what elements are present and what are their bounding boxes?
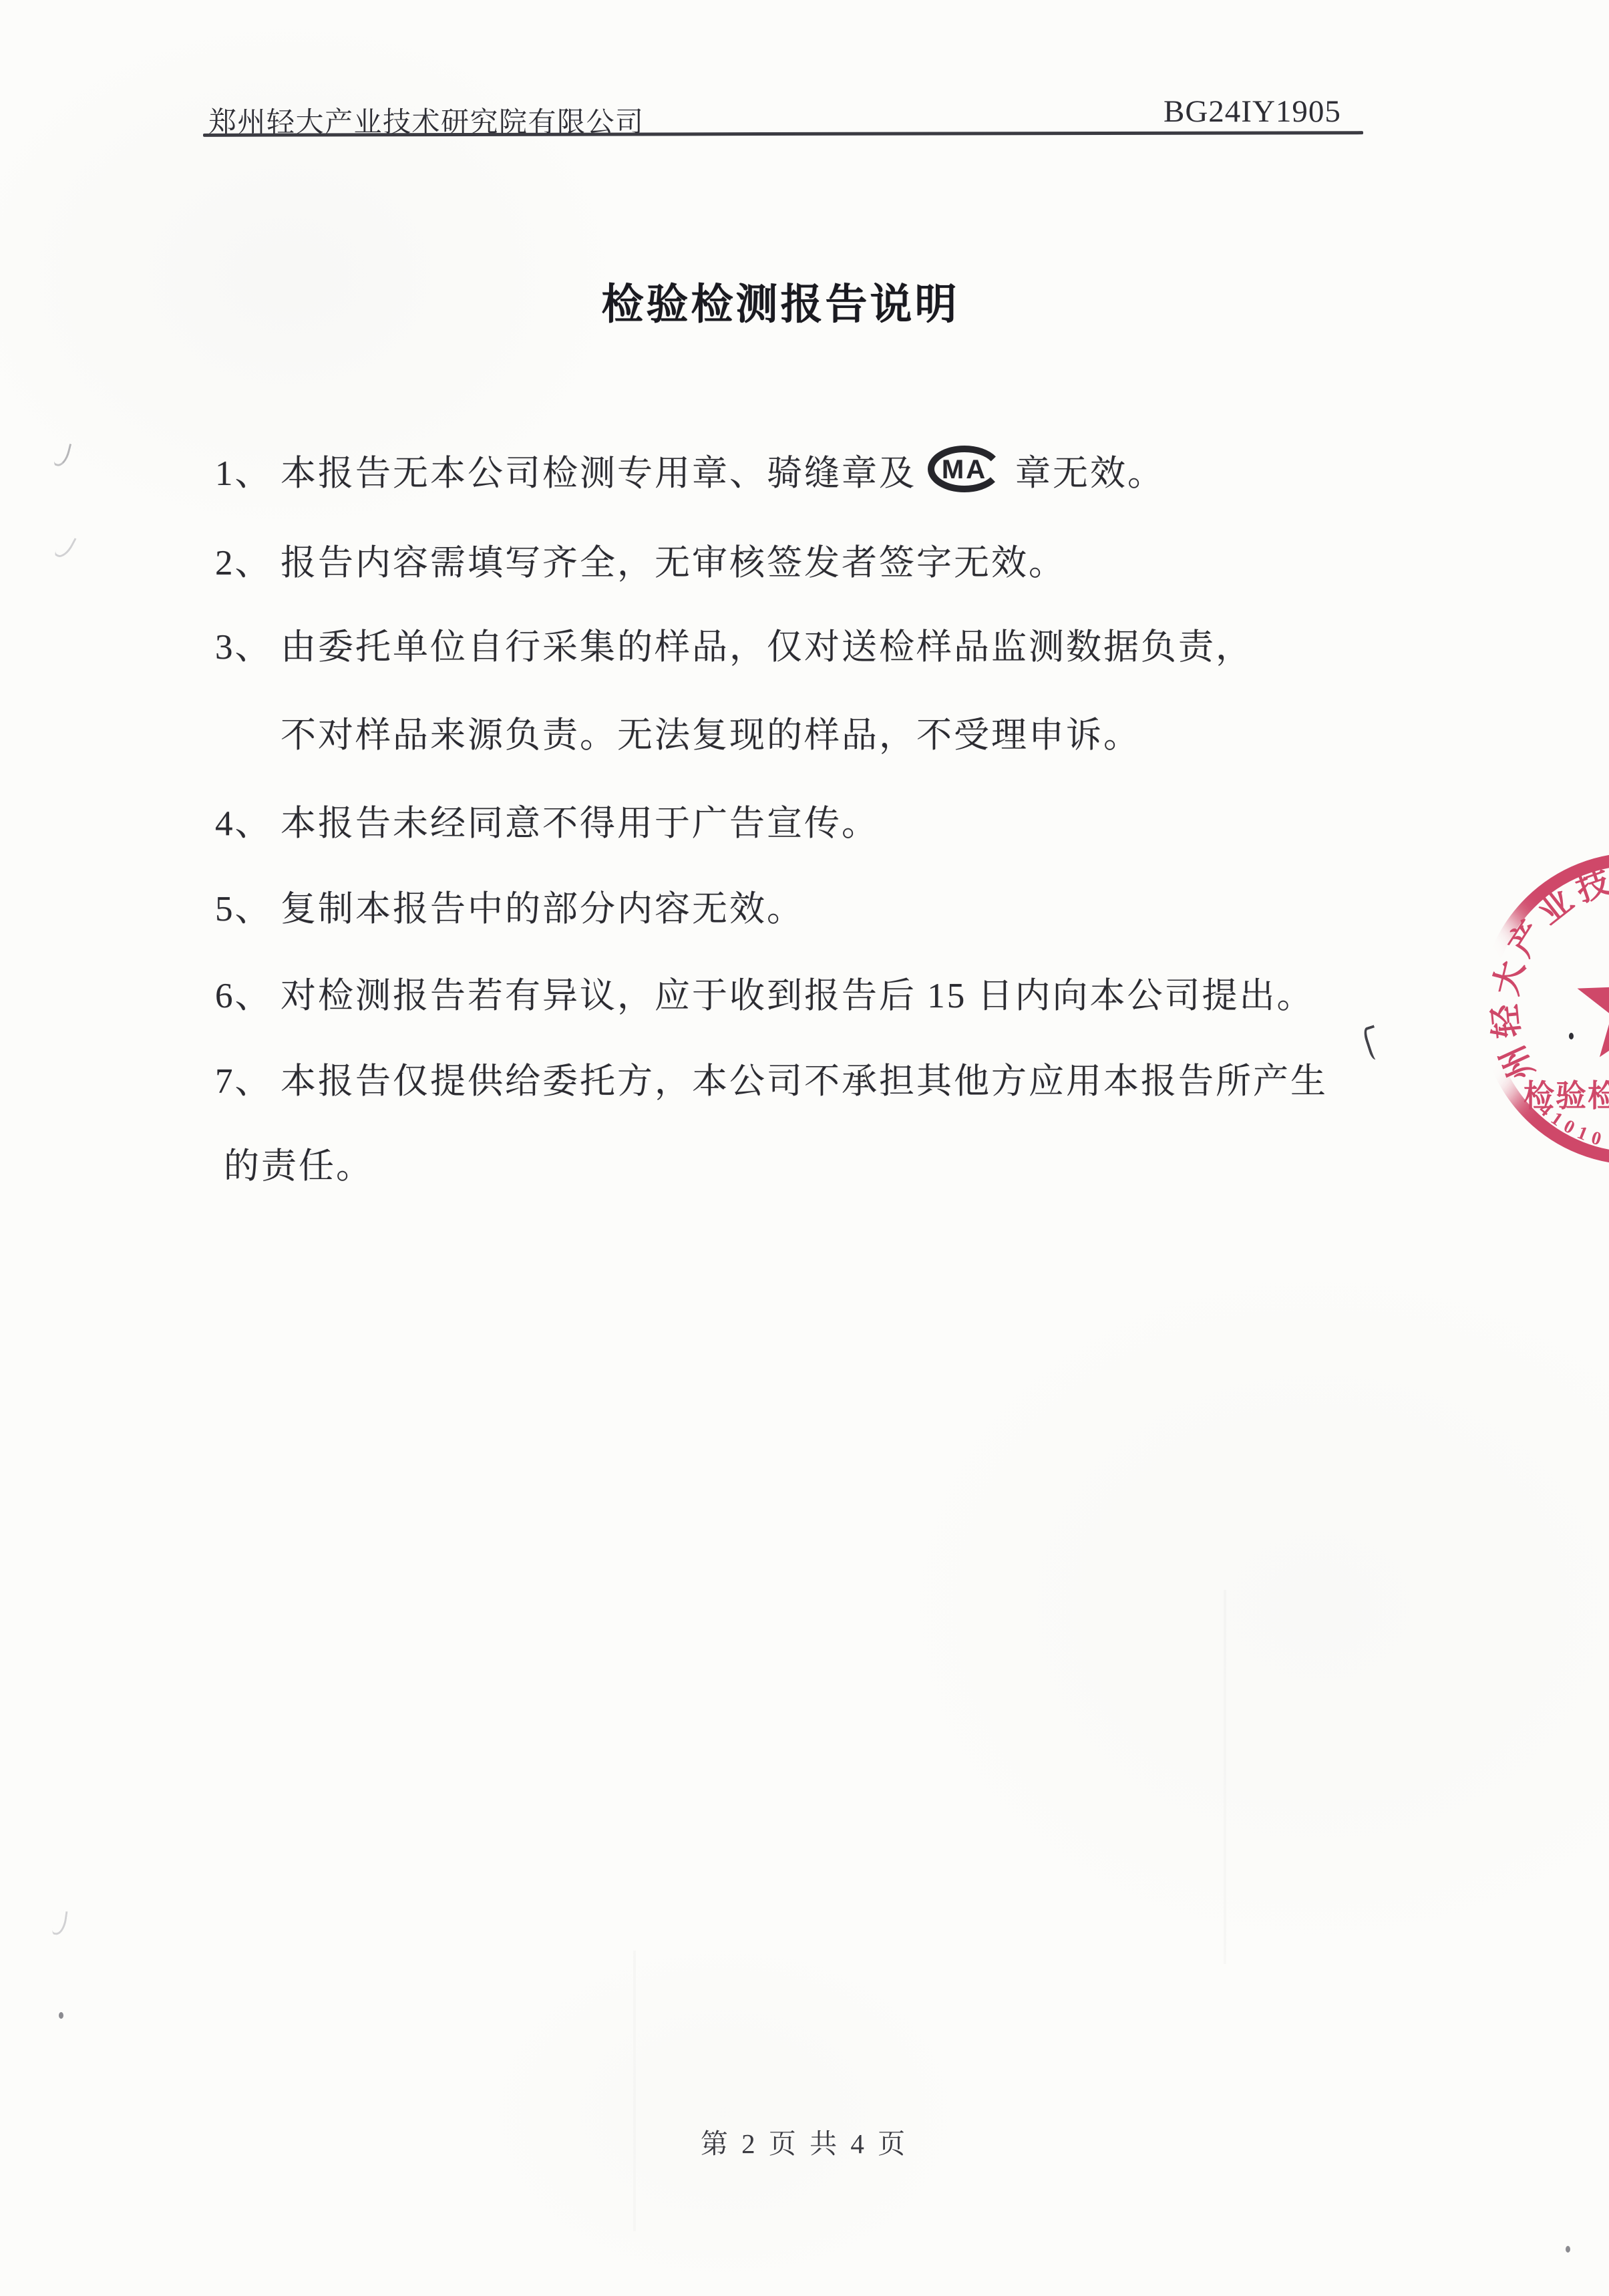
page-title: 检验检测报告说明 xyxy=(0,271,1585,331)
company-seal-stamp: 郑州轻大产业技术研究院有限公司 检验检测专用章 41010 xyxy=(1435,808,1609,1209)
page-number: 第 2 页 共 4 页 xyxy=(0,2122,1609,2161)
ink-mark-artifact xyxy=(1362,1025,1385,1060)
seal-ring-text: 郑州轻大产业技术研究院有限公司 xyxy=(1435,808,1609,1086)
cma-letters: MA xyxy=(942,455,987,484)
scan-streak xyxy=(633,1951,636,2231)
note-number: 6、 xyxy=(215,970,281,1022)
note-text: 复制本报告中的部分内容无效。 xyxy=(281,890,804,929)
header-report-number: BG24IY1905 xyxy=(1164,94,1341,130)
report-page: 郑州轻大产业技术研究院有限公司 BG24IY1905 检验检测报告说明 1、本报… xyxy=(0,0,1609,2296)
note-item-1: 1、本报告无本公司检测专用章、骑缝章及 MA 章无效。 xyxy=(215,442,1165,500)
note-text-after-mark: 章无效。 xyxy=(1015,454,1165,493)
scan-artifact xyxy=(53,441,71,468)
note-text: 报告内容需填写齐全，无审核签发者签字无效。 xyxy=(281,544,1066,583)
note-text: 不对样品来源负责。无法复现的样品，不受理申诉。 xyxy=(281,716,1141,755)
note-number: 7、 xyxy=(215,1055,281,1108)
scan-artifact xyxy=(52,1910,68,1936)
note-number: 3、 xyxy=(215,621,281,673)
svg-text:郑州轻大产业技术研究院有限公司: 郑州轻大产业技术研究院有限公司 xyxy=(1435,808,1609,1086)
note-number: 5、 xyxy=(215,883,281,935)
seal-center-label: 检验检测专用章 xyxy=(1524,1079,1609,1113)
note-text: 由委托单位自行采集的样品，仅对送检样品监测数据负责， xyxy=(281,628,1253,667)
note-text: 本报告仅提供给委托方，本公司不承担其他方应用本报告所产生 xyxy=(281,1062,1328,1101)
note-item-6: 6、对检测报告若有异议，应于收到报告后 15 日内向本公司提出。 xyxy=(215,970,1314,1022)
note-item-2: 2、报告内容需填写齐全，无审核签发者签字无效。 xyxy=(215,537,1066,589)
note-number: 4、 xyxy=(215,798,281,850)
note-number: 2、 xyxy=(215,537,281,589)
note-item-7: 7、本报告仅提供给委托方，本公司不承担其他方应用本报告所产生 xyxy=(215,1055,1328,1108)
note-item-3-continuation: 不对样品来源负责。无法复现的样品，不受理申诉。 xyxy=(281,709,1141,762)
note-item-7-continuation: 的责任。 xyxy=(224,1140,373,1192)
note-item-3: 3、由委托单位自行采集的样品，仅对送检样品监测数据负责， xyxy=(215,621,1253,673)
scan-streak xyxy=(1224,1590,1226,1964)
note-item-5: 5、复制本报告中的部分内容无效。 xyxy=(215,883,804,935)
note-text-before-mark: 本报告无本公司检测专用章、骑缝章及 xyxy=(281,454,916,493)
seal-star-icon xyxy=(1578,946,1609,1057)
scan-artifact xyxy=(59,2012,63,2019)
note-number: 1、 xyxy=(215,448,281,500)
cma-mark-icon: MA xyxy=(926,442,1005,496)
scan-artifact xyxy=(53,533,76,561)
scan-artifact xyxy=(1566,2246,1570,2253)
note-text: 对检测报告若有异议，应于收到报告后 15 日内向本公司提出。 xyxy=(281,977,1314,1015)
note-text: 的责任。 xyxy=(224,1147,373,1186)
note-item-4: 4、本报告未经同意不得用于广告宣传。 xyxy=(215,798,879,850)
note-text: 本报告未经同意不得用于广告宣传。 xyxy=(281,804,879,843)
